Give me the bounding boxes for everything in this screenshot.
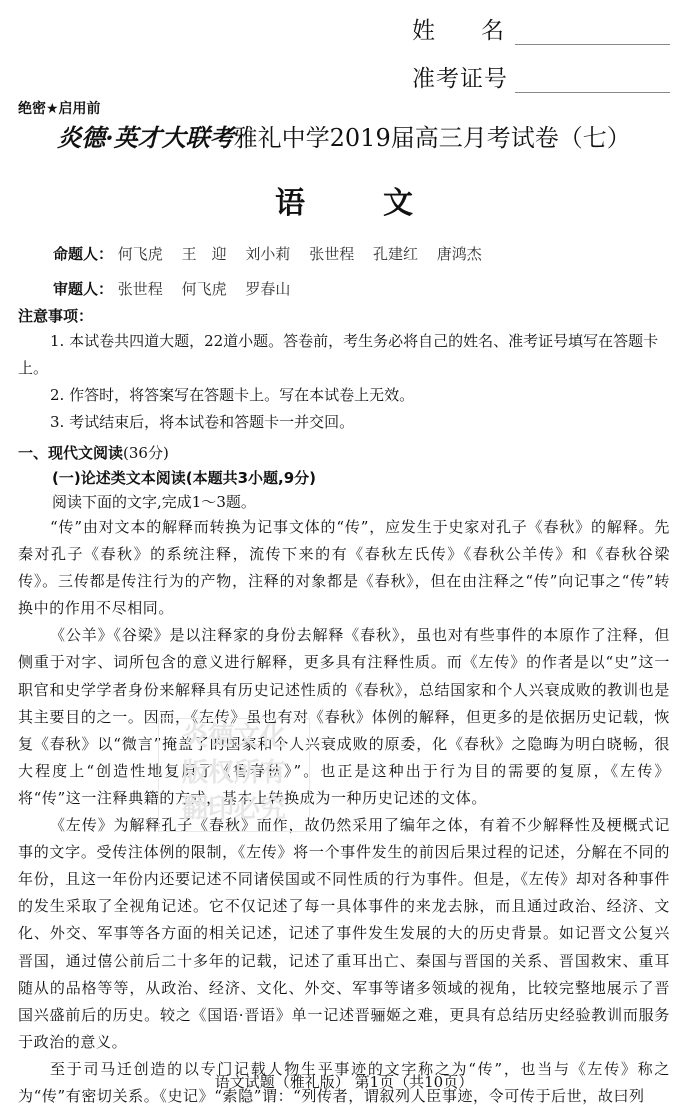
name-field: 姓名 [412, 12, 670, 45]
reviewers-names: 张世程 何飞虎 罗春山 [118, 280, 305, 298]
exam-brand: 炎德·英才大联考 [57, 123, 233, 152]
setters-names: 何飞虎 王 迎 刘小莉 张世程 孔建红 唐鸿杰 [118, 245, 496, 263]
setter-name: 唐鸿杰 [437, 245, 482, 263]
passage-paragraph: “传”由对文本的解释而转换为记事文体的“传”，应发生于史家对孔子《春秋》的解释。… [18, 514, 670, 622]
reading-instruction: 阅读下面的文字,完成1～3题。 [52, 491, 256, 512]
notice-item: 3. 考试结束后，将本试卷和答题卡一并交回。 [18, 409, 673, 436]
exam-title: 炎德·英才大联考雅礼中学2019届高三月考试卷（七） [0, 118, 688, 153]
reviewer-name: 张世程 [118, 280, 163, 298]
notice-item: 1. 本试卷共四道大题，22道小题。答卷前，考生务必将自己的姓名、准考证号填写在… [18, 328, 673, 382]
reading-passage: “传”由对文本的解释而转换为记事文体的“传”，应发生于史家对孔子《春秋》的解释。… [18, 514, 670, 1105]
subject-title: 语文 [0, 178, 688, 222]
name-label: 姓名 [412, 12, 515, 45]
confidential-mark: 绝密★启用前 [18, 98, 101, 118]
setters-line: 命题人： 何飞虎 王 迎 刘小莉 张世程 孔建红 唐鸿杰 [53, 243, 496, 264]
setter-name: 张世程 [309, 245, 354, 263]
reviewer-name: 罗春山 [245, 280, 290, 298]
section-title: 一、现代文阅读 [18, 444, 123, 462]
subsection-heading: (一)论述类文本阅读(本题共3小题,9分) [52, 467, 316, 488]
reviewers-label: 审题人： [53, 280, 113, 298]
passage-paragraph: 《左传》为解释孔子《春秋》而作，故仍然采用了编年之体，有着不少解释性及梗概式记事… [18, 812, 670, 1056]
reviewer-name: 何飞虎 [182, 280, 227, 298]
passage-paragraph: 《公羊》《谷梁》是以注释家的身份去解释《春秋》，虽也对有些事件的本原作了注释，但… [18, 622, 670, 812]
reviewers-line: 审题人： 张世程 何飞虎 罗春山 [53, 278, 304, 299]
name-blank-line [515, 20, 670, 45]
page-footer: 语文试题（雅礼版） 第1页（共10页） [0, 1071, 688, 1092]
notice-heading: 注意事项： [18, 305, 93, 326]
exam-id-label: 准考证号 [412, 60, 515, 93]
section-score: (36分) [123, 444, 169, 462]
exam-title-rest: 雅礼中学2019届高三月考试卷（七） [234, 124, 631, 152]
setter-name: 孔建红 [373, 245, 418, 263]
notice-item: 2. 作答时，将答案写在答题卡上。写在本试卷上无效。 [18, 382, 673, 409]
section-heading: 一、现代文阅读(36分) [18, 442, 169, 463]
setter-name: 何飞虎 [118, 245, 163, 263]
setter-name: 王 迎 [182, 245, 227, 263]
subsection-title: (一)论述类文本阅读(本题共3小题,9分) [52, 469, 316, 487]
setters-label: 命题人： [53, 245, 113, 263]
notice-list: 1. 本试卷共四道大题，22道小题。答卷前，考生务必将自己的姓名、准考证号填写在… [18, 328, 673, 436]
setter-name: 刘小莉 [245, 245, 290, 263]
exam-id-field: 准考证号 [412, 60, 670, 93]
exam-id-blank-line [515, 68, 670, 93]
